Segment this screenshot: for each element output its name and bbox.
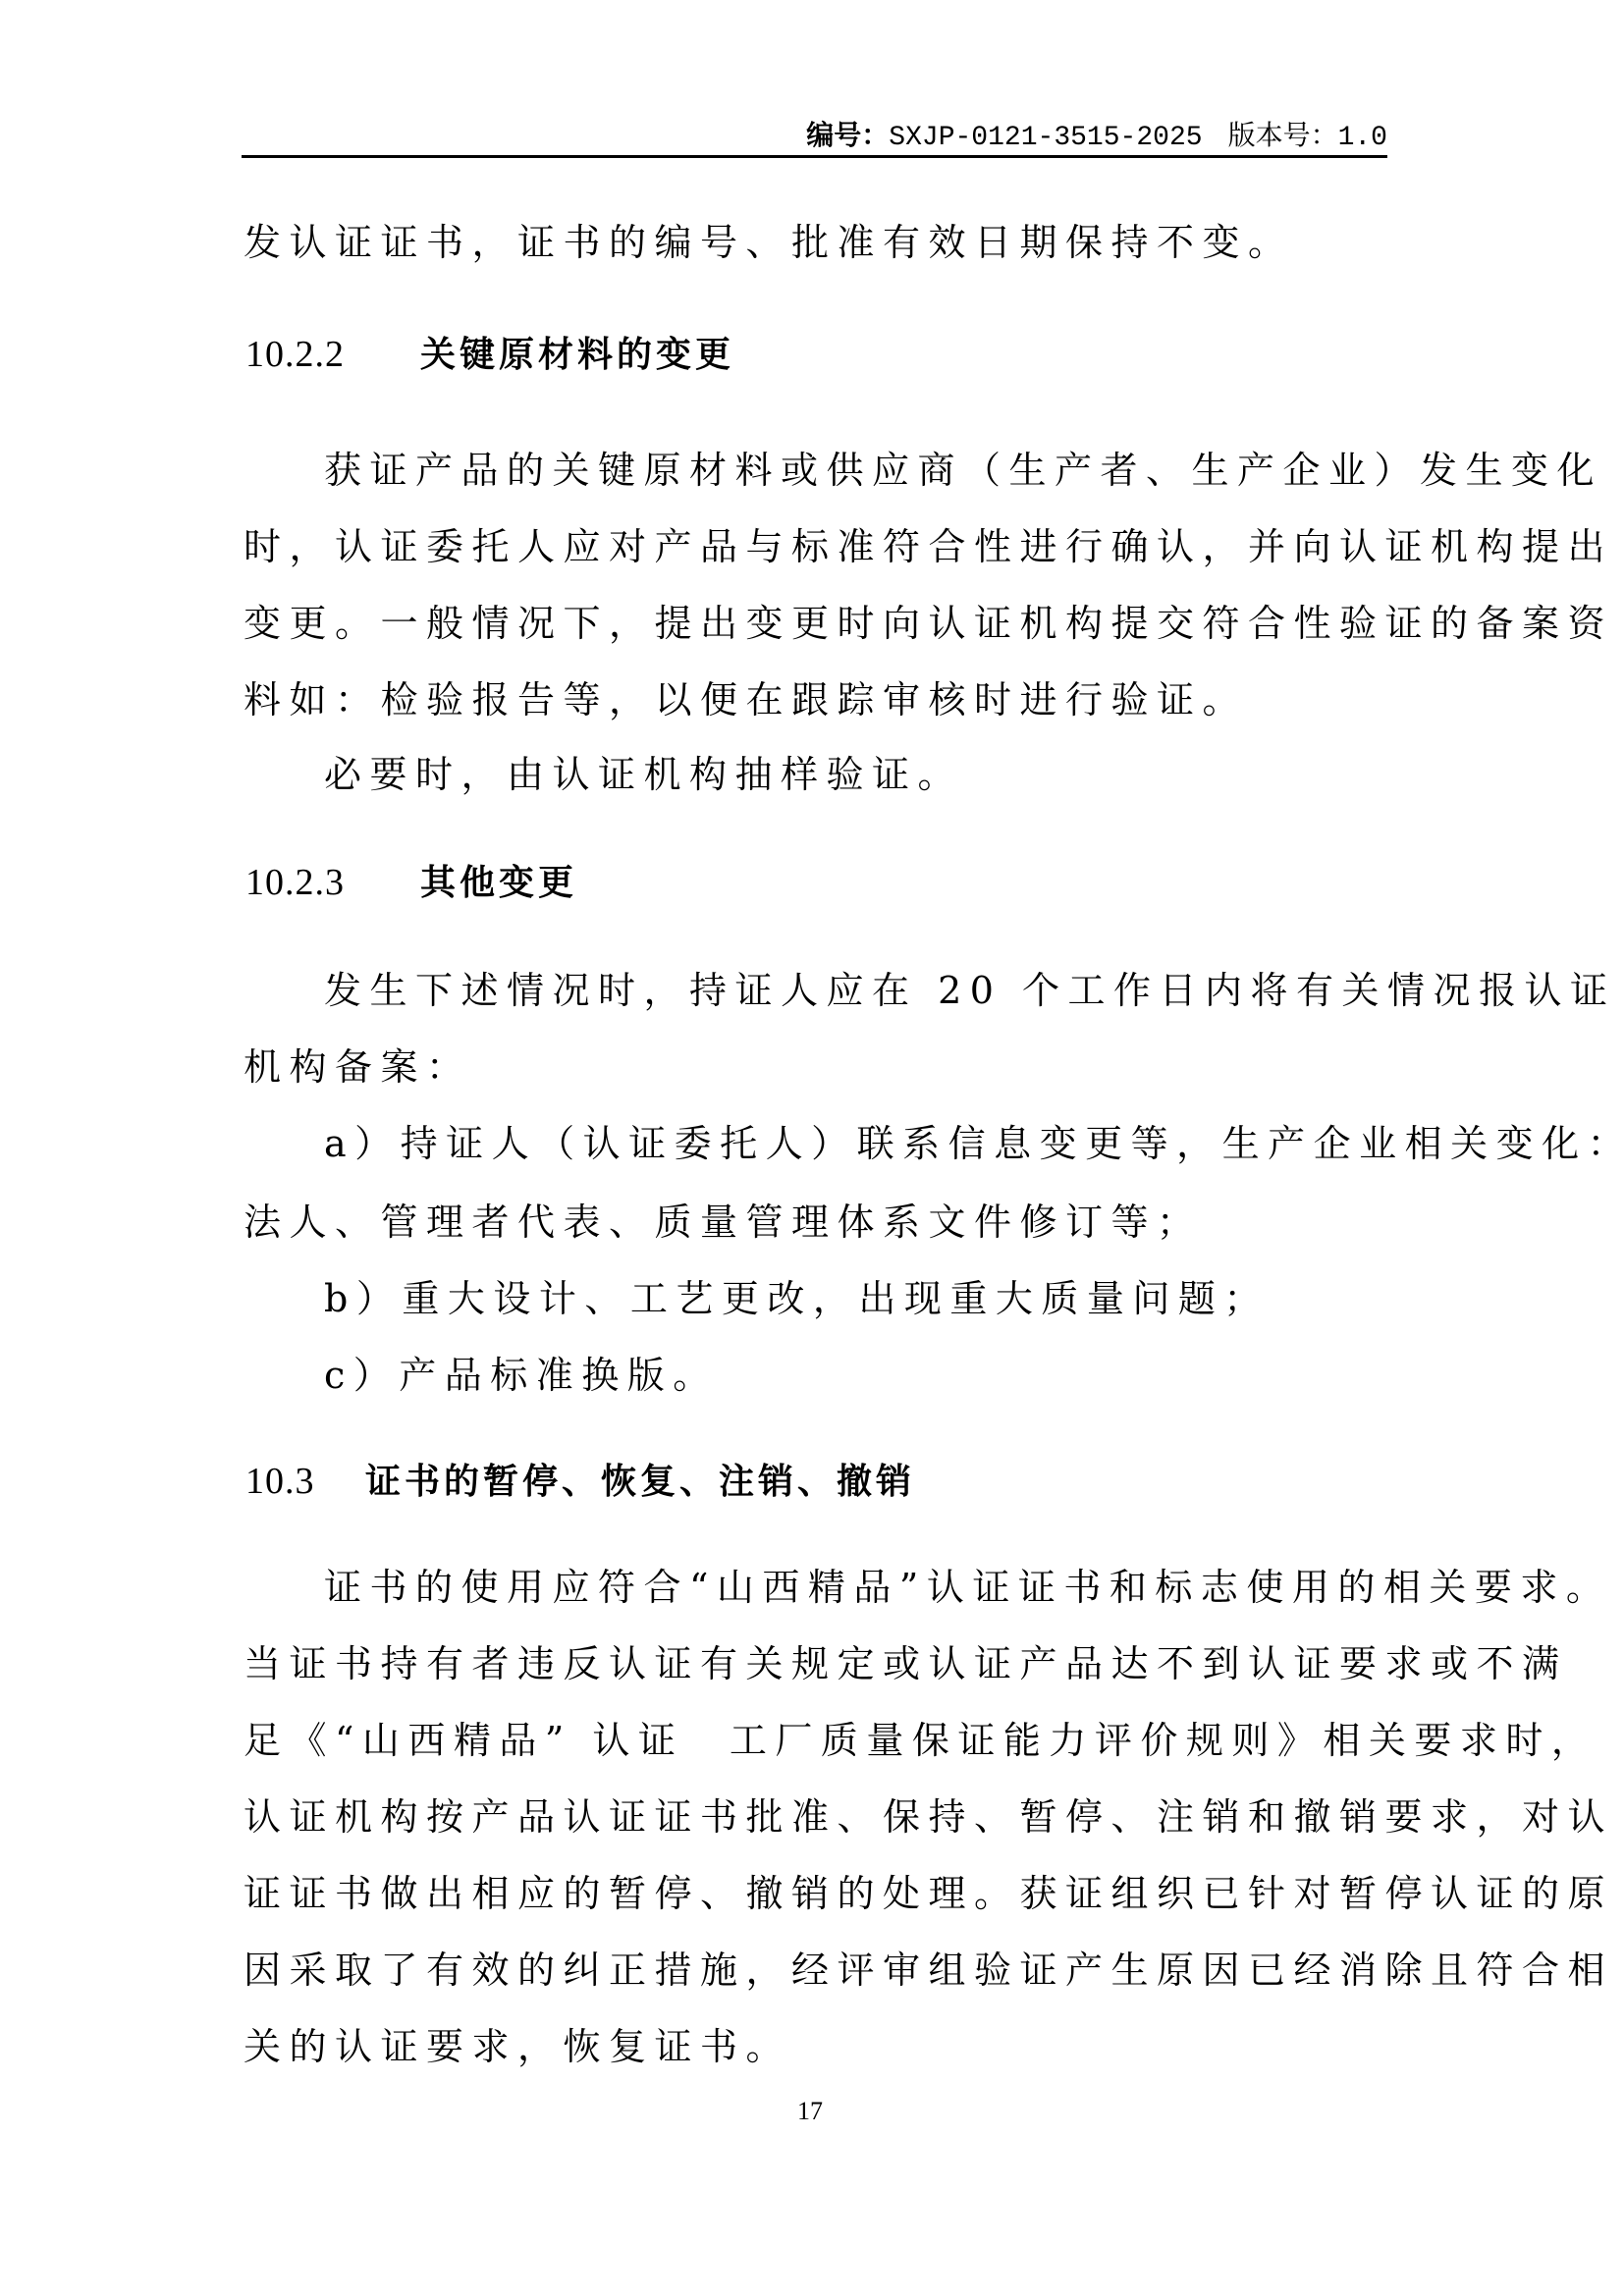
list-item-a: a）持证人（认证委托人）联系信息变更等，生产企业相关变化： [324, 1121, 1624, 1166]
body-line: 因采取了有效的纠正措施，经评审组验证产生原因已经消除且符合相 [244, 1948, 1613, 1993]
section-heading-10-3: 10.3 证书的暂停、恢复、注销、撤销 [245, 1459, 315, 1504]
section-number: 10.3 [245, 1461, 315, 1502]
body-line: 足《“山西精品” 认证 工厂质量保证能力评价规则》相关要求时， [244, 1718, 1597, 1763]
list-item-c: c）产品标准换版。 [324, 1353, 719, 1398]
version-label: 版本号： [1228, 119, 1338, 151]
body-line: 关的认证要求，恢复证书。 [244, 2024, 791, 2069]
document-page: 编号：SXJP-0121-3515-2025版本号：1.0 发认证证书，证书的编… [0, 0, 1624, 2296]
list-item-b: b）重大设计、工艺更改，出现重大质量问题； [324, 1276, 1270, 1321]
page-number: 17 [797, 2097, 823, 2126]
list-item-a-continued: 法人、管理者代表、质量管理体系文件修订等； [244, 1200, 1203, 1245]
section-heading-10-2-2: 10.2.2 关键原材料的变更 [245, 332, 345, 377]
section-number: 10.2.3 [245, 862, 345, 903]
body-line: 时，认证委托人应对产品与标准符合性进行确认，并向认证机构提出 [244, 524, 1613, 569]
body-line: 料如：检验报告等，以便在跟踪审核时进行验证。 [244, 677, 1248, 722]
body-line: 当证书持有者违反认证有关规定或认证产品达不到认证要求或不满 [244, 1641, 1568, 1686]
body-line: 证书的使用应符合“山西精品”认证证书和标志使用的相关要求。 [324, 1565, 1611, 1610]
document-code: SXJP-0121-3515-2025 [889, 123, 1202, 153]
section-number: 10.2.2 [245, 334, 345, 375]
section-title: 证书的暂停、恢复、注销、撤销 [365, 1459, 915, 1504]
code-label: 编号： [806, 119, 889, 151]
body-line: 变更。一般情况下，提出变更时向认证机构提交符合性验证的备案资 [244, 601, 1613, 646]
section-title: 其他变更 [420, 860, 577, 905]
body-line: 认证机构按产品认证证书批准、保持、暂停、注销和撤销要求，对认 [244, 1794, 1613, 1840]
section-heading-10-2-3: 10.2.3 其他变更 [245, 860, 345, 905]
section-title: 关键原材料的变更 [420, 332, 734, 377]
page-header: 编号：SXJP-0121-3515-2025版本号：1.0 [242, 116, 1387, 155]
header-rule [242, 155, 1387, 158]
body-line: 机构备案： [244, 1044, 472, 1090]
version-value: 1.0 [1338, 123, 1387, 153]
body-line: 发生下述情况时，持证人应在 20 个工作日内将有关情况报认证 [324, 968, 1616, 1013]
body-line: 发认证证书，证书的编号、批准有效日期保持不变。 [244, 220, 1294, 265]
body-line: 获证产品的关键原材料或供应商（生产者、生产企业）发生变化 [324, 448, 1602, 493]
body-line: 证证书做出相应的暂停、撤销的处理。获证组织已针对暂停认证的原 [244, 1871, 1613, 1916]
body-line: 必要时，由认证机构抽样验证。 [324, 752, 963, 797]
